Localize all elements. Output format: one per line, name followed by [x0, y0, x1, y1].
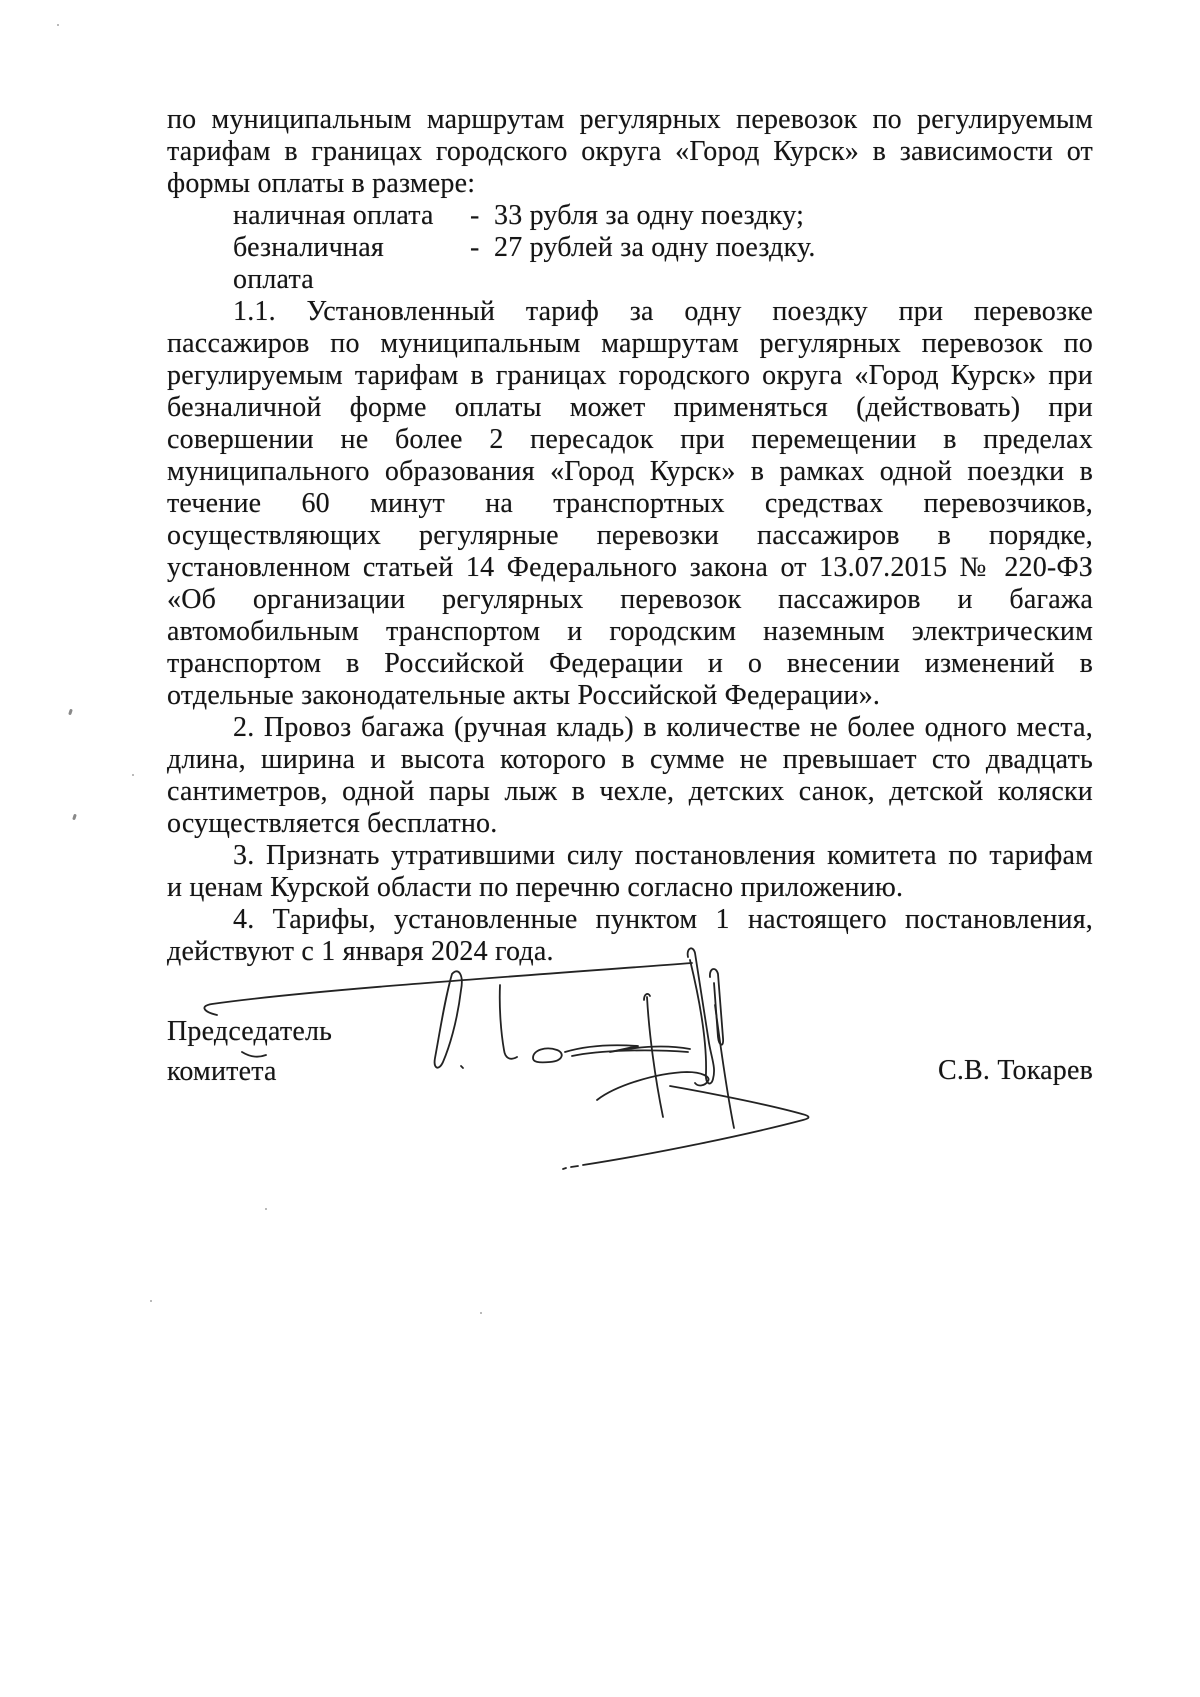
text-line: автомобильным транспортом и городским на…: [167, 616, 1093, 648]
handwritten-signature: [190, 938, 830, 1183]
tariff-value: 33 рубля за одну поездку;: [494, 200, 804, 232]
text-line: безналичной форме оплаты может применять…: [167, 392, 1093, 424]
text-line: регулируемым тарифам в границах городско…: [167, 360, 1093, 392]
text-line: и ценам Курской области по перечню согла…: [167, 872, 1093, 904]
text-line: 2. Провоз багажа (ручная кладь) в количе…: [167, 712, 1093, 744]
text-line: 3. Признать утратившими силу постановлен…: [167, 840, 1093, 872]
tariff-value: 27 рублей за одну поездку.: [494, 232, 816, 296]
scanned-page: по муниципальным маршрутам регулярных пе…: [0, 0, 1200, 1697]
tariff-dash: -: [470, 200, 494, 232]
text-line: осуществляется бесплатно.: [167, 808, 1093, 840]
text-line: установленном статьей 14 Федерального за…: [167, 552, 1093, 584]
scan-speck: [57, 24, 59, 26]
text-line: тарифам в границах городского округа «Го…: [167, 136, 1093, 168]
scan-speck: [265, 1208, 267, 1210]
tariff-row-cash: наличная оплата - 33 рубля за одну поезд…: [167, 200, 1093, 232]
text-line: осуществляющих регулярные перевозки пасс…: [167, 520, 1093, 552]
text-line: совершении не более 2 пересадок при пере…: [167, 424, 1093, 456]
text-line: 4. Тарифы, установленные пунктом 1 насто…: [167, 904, 1093, 936]
scan-speck: [480, 1312, 482, 1314]
text-line: течение 60 минут на транспортных средств…: [167, 488, 1093, 520]
scan-speck: [132, 774, 134, 776]
scan-speck: [150, 1300, 152, 1302]
text-line: длина, ширина и высота которого в сумме …: [167, 744, 1093, 776]
text-line: муниципального образования «Город Курск»…: [167, 456, 1093, 488]
text-line: 1.1. Установленный тариф за одну поездку…: [167, 296, 1093, 328]
document-body: по муниципальным маршрутам регулярных пе…: [167, 104, 1093, 968]
tariff-label: безналичная оплата: [233, 232, 470, 296]
text-line: «Об организации регулярных перевозок пас…: [167, 584, 1093, 616]
text-line: сантиметров, одной пары лыж в чехле, дет…: [167, 776, 1093, 808]
tariff-label: наличная оплата: [233, 200, 470, 232]
scan-speck: [72, 814, 77, 821]
scan-speck: [68, 709, 73, 716]
text-line: пассажиров по муниципальным маршрутам ре…: [167, 328, 1093, 360]
text-line: по муниципальным маршрутам регулярных пе…: [167, 104, 1093, 136]
text-line: формы оплаты в размере:: [167, 168, 1093, 200]
tariff-row-cashless: безналичная оплата - 27 рублей за одну п…: [167, 232, 1093, 296]
text-line: отдельные законодательные акты Российско…: [167, 680, 1093, 712]
text-line: транспортом в Российской Федерации и о в…: [167, 648, 1093, 680]
tariff-dash: -: [470, 232, 494, 296]
